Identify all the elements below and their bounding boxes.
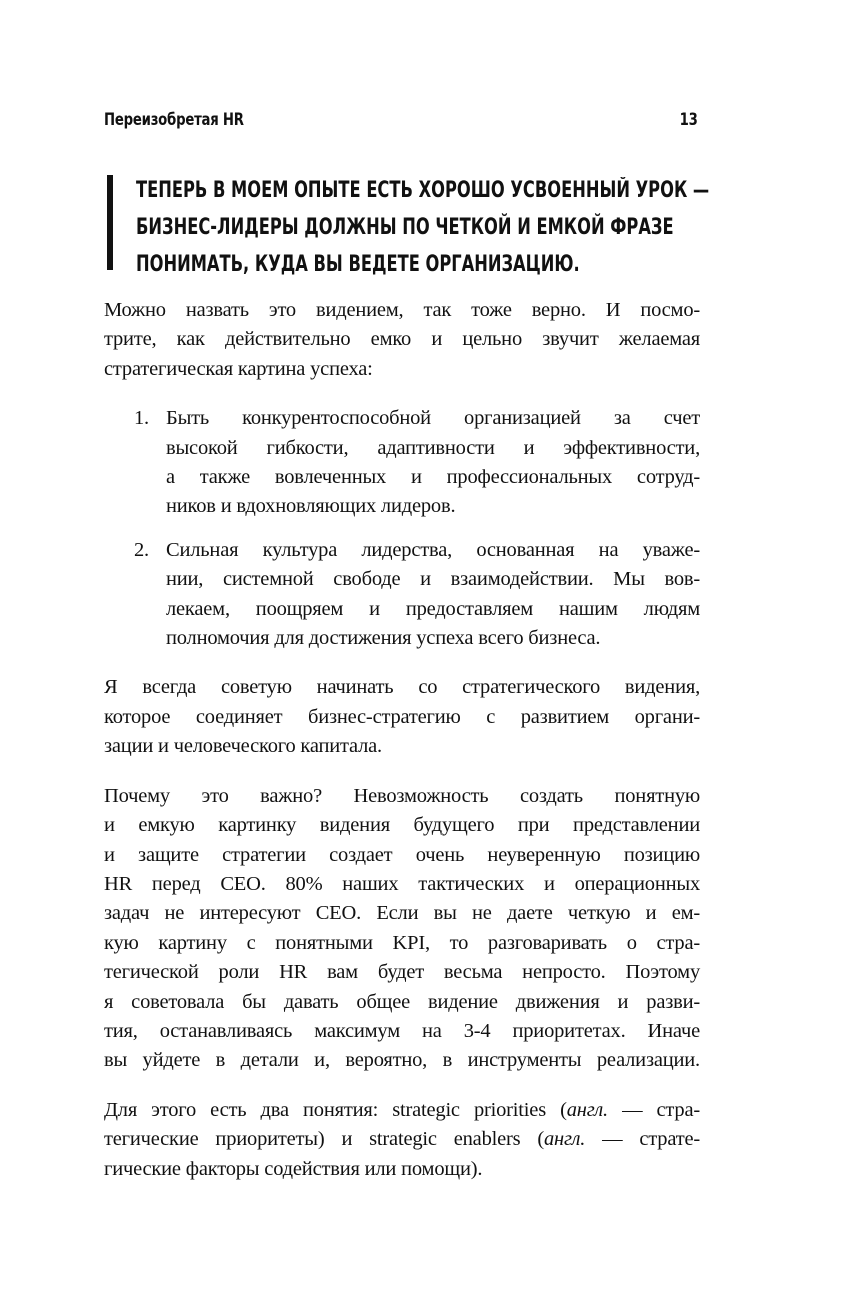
text-line: вы уйдете в детали и, вероятно, в инстру…	[104, 1046, 700, 1075]
list-item: 2. Сильная культура лидерства, основанна…	[104, 536, 700, 654]
text-span: — страте-	[585, 1128, 700, 1150]
text-line: стратегическая картина успеха:	[104, 355, 700, 384]
text-line: ников и вдохновляющих лидеров.	[166, 492, 700, 521]
italic-abbreviation: англ.	[544, 1128, 585, 1150]
text-line: и защите стратегии создает очень неувере…	[104, 841, 700, 870]
text-line: полномочия для достижения успеха всего б…	[166, 624, 700, 653]
text-line: HR перед CEO. 80% наших тактических и оп…	[104, 870, 700, 899]
text-line: Для этого есть два понятия: strategic pr…	[104, 1096, 700, 1125]
text-line: я советовала бы давать общее видение дви…	[104, 988, 700, 1017]
paragraph-2: Я всегда советую начинать со стратегичес…	[104, 673, 700, 761]
paragraph-4: Для этого есть два понятия: strategic pr…	[104, 1096, 700, 1184]
numbered-list: 1. Быть конкурентоспособной организацией…	[104, 404, 700, 653]
paragraph-3: Почему это важно? Невозможность создать …	[104, 782, 700, 1076]
text-line: кую картину с понятными KPI, то разговар…	[104, 929, 700, 958]
text-line: тия, останавливаясь максимум на 3-4 прио…	[104, 1017, 700, 1046]
italic-abbreviation: англ.	[567, 1099, 608, 1121]
text-line: зации и человеческого капитала.	[104, 732, 700, 761]
list-item: 1. Быть конкурентоспособной организацией…	[104, 404, 700, 522]
running-head: Переизобретая HR 13	[104, 110, 698, 130]
text-line: и емкую картинку видения будущего при пр…	[104, 811, 700, 840]
text-line: задач не интересуют CEO. Если вы не дает…	[104, 899, 700, 928]
text-span: Для этого есть два понятия: strategic pr…	[104, 1099, 567, 1121]
pull-quote-line: бизнес-лидеры должны по четкой и емкой ф…	[136, 209, 709, 246]
text-span: тегические приоритеты) и strategic enabl…	[104, 1128, 544, 1150]
text-line: Я всегда советую начинать со стратегичес…	[104, 673, 700, 702]
text-line: лекаем, поощряем и предоставляем нашим л…	[166, 595, 700, 624]
pull-quote-line: понимать, куда вы ведете организацию.	[136, 246, 709, 283]
body-text: Можно назвать это видением, так тоже вер…	[104, 296, 700, 1204]
text-line: трите, как действительно емко и цельно з…	[104, 325, 700, 354]
text-line: которое соединяет бизнес-стратегию с раз…	[104, 703, 700, 732]
paragraph-1: Можно назвать это видением, так тоже вер…	[104, 296, 700, 384]
quote-bar-divider	[107, 175, 113, 270]
list-number: 1.	[134, 404, 149, 433]
book-page: Переизобретая HR 13 Теперь в моем опыте …	[0, 0, 844, 1311]
text-line: Почему это важно? Невозможность создать …	[104, 782, 700, 811]
text-line: нии, системной свободе и взаимодействии.…	[166, 565, 700, 594]
pull-quote-line: Теперь в моем опыте есть хорошо усвоенны…	[136, 172, 709, 209]
list-number: 2.	[134, 536, 149, 565]
text-line: Можно назвать это видением, так тоже вер…	[104, 296, 700, 325]
text-line: а также вовлеченных и профессиональных с…	[166, 463, 700, 492]
text-line: Быть конкурентоспособной организацией за…	[166, 404, 700, 433]
text-line: Сильная культура лидерства, основанная н…	[166, 536, 700, 565]
text-line: тегические приоритеты) и strategic enabl…	[104, 1125, 700, 1154]
text-line: тегической роли HR вам будет весьма непр…	[104, 958, 700, 987]
text-line: высокой гибкости, адаптивности и эффекти…	[166, 434, 700, 463]
text-span: — стра-	[608, 1099, 700, 1121]
pull-quote-text: Теперь в моем опыте есть хорошо усвоенны…	[136, 172, 709, 283]
running-head-title: Переизобретая HR	[104, 110, 244, 130]
page-number: 13	[680, 110, 698, 130]
text-line: гические факторы содействия или помощи).	[104, 1155, 700, 1184]
